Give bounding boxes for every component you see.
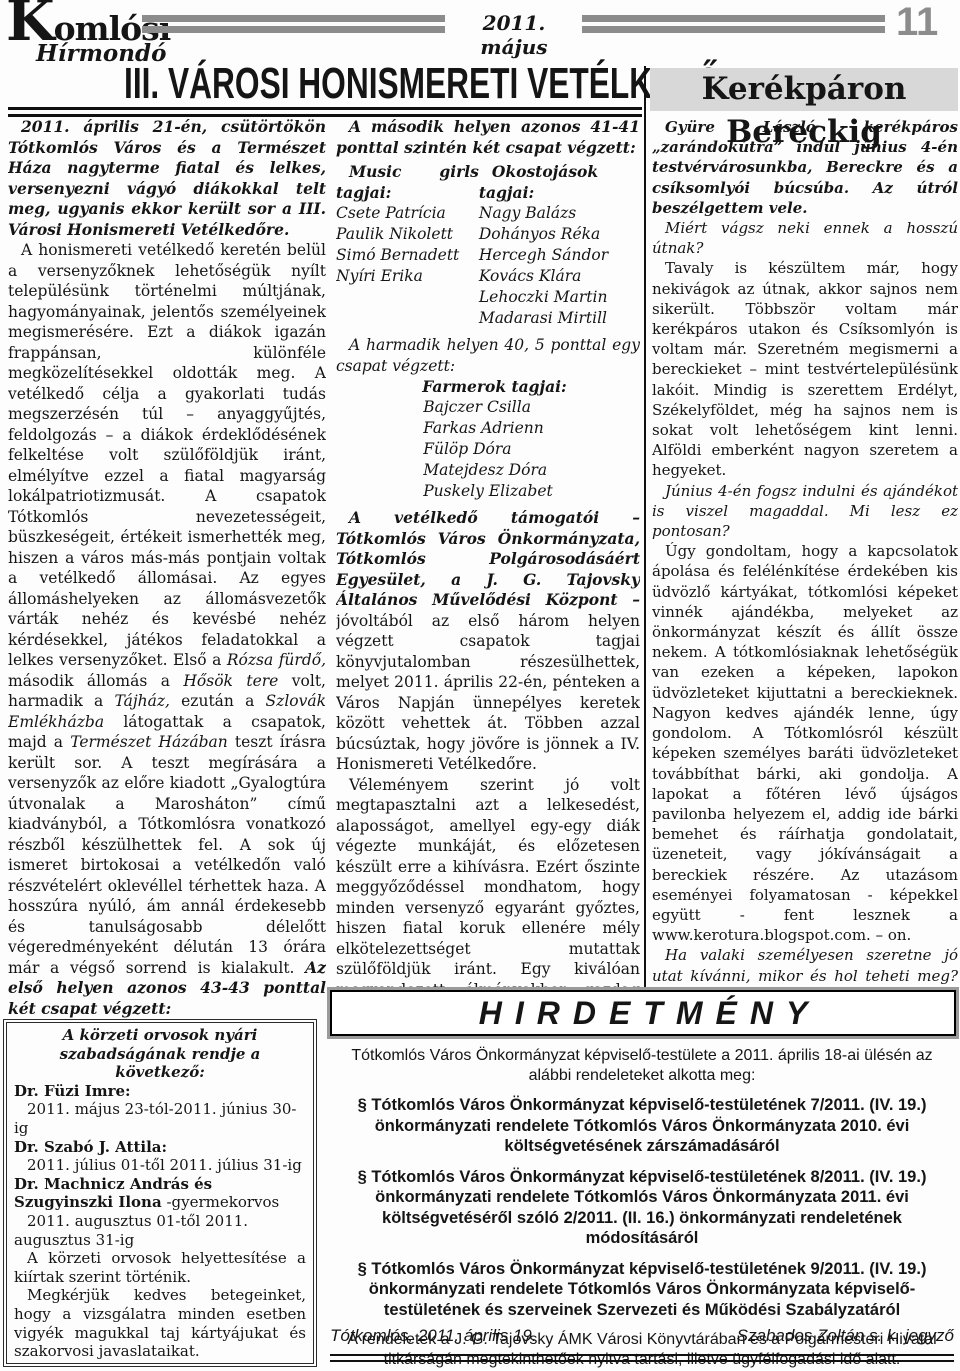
sponsors-paragraph: A vetélkedő támogatói – Tótkomlós Város …	[336, 508, 640, 775]
doctor-vacation-period: 2011. augusztus 01-től 2011. augusztus 3…	[14, 1212, 306, 1249]
announcement-signer: Szabados Zoltán s. k. jegyző	[737, 1326, 954, 1346]
issue-date: 2011. május	[448, 11, 580, 59]
doctor-vacation-period: 2011. május 23-tól-2011. június 30-ig	[14, 1100, 306, 1137]
doctors-note-substitution: A körzeti orvosok helyettesítése a kiírt…	[14, 1249, 306, 1286]
third-place-intro: A harmadik helyen 40, 5 ponttal egy csap…	[336, 335, 640, 376]
header-bar-left-bottom	[142, 26, 445, 33]
main-article-left-column: 2011. április 21-én, csütörtökön Tótkoml…	[8, 117, 326, 1019]
column-divider	[644, 66, 646, 988]
opinion-paragraph: Véleményem szerint jó volt megtapasztaln…	[336, 775, 640, 988]
team-farmerok: Farmerok tagjai: Bajczer CsillaFarkas Ad…	[336, 376, 640, 502]
newspaper-page: { "header": { "logo_line1": "Komlósi", "…	[0, 0, 960, 1371]
main-article-lead: 2011. április 21-én, csütörtökön Tótkoml…	[8, 117, 326, 240]
decree-paragraph: § Tótkomlós Város Önkormányzat képviselő…	[330, 1259, 954, 1321]
bike-answer-2: Úgy gondoltam, hogy a kapcsolatok ápolás…	[652, 541, 958, 945]
bike-question-1: Miért vágsz neki ennek a hosszú útnak?	[652, 218, 958, 258]
team-member: Matejdesz Dóra	[423, 460, 553, 481]
bike-article-title: Kerékpáron Bereckig	[650, 68, 958, 111]
team-member: Lehoczki Martin	[479, 287, 640, 308]
decree-paragraph: § Tótkomlós Város Önkormányzat képviselő…	[330, 1095, 954, 1157]
announcement-date-place: Tótkomlós, 2011. április 19.	[330, 1326, 537, 1346]
team-member: Dohányos Réka	[479, 224, 640, 245]
team-member: Hercegh Sándor	[479, 245, 640, 266]
logo-line1: Komlósi	[6, 6, 170, 44]
announcement-title-box: HIRDETMÉNY	[330, 990, 956, 1036]
header-bar-right-bottom	[582, 26, 885, 33]
main-article-title: III. VÁROSI HONISMERETI VETÉLKEDŐ	[8, 62, 642, 106]
team-member: Csete Patrícia	[336, 203, 479, 224]
doctor-vacation-period: 2011. július 01-től 2011. július 31-ig	[14, 1156, 306, 1175]
team-member: Fülöp Dóra	[423, 439, 553, 460]
title-double-rule	[8, 107, 642, 117]
bike-answer-1: Tavaly is készültem már, hogy nekivágok …	[652, 258, 958, 480]
decree-paragraph: § Tótkomlós Város Önkormányzat képviselő…	[330, 1167, 954, 1249]
team-member: Nagy Balázs	[479, 203, 640, 224]
team-member: Simó Bernadett	[336, 245, 479, 266]
announcement-body: Tótkomlós Város Önkormányzat képviselő-t…	[330, 1046, 954, 1371]
team-member: Paulik Nikolett	[336, 224, 479, 245]
bottom-double-rule	[330, 1354, 954, 1362]
announcement-footer: Tótkomlós, 2011. április 19. Szabados Zo…	[330, 1326, 954, 1346]
announcement-intro: Tótkomlós Város Önkormányzat képviselő-t…	[330, 1046, 954, 1086]
team-member: Madarasi Mirtill	[479, 308, 640, 329]
team-member: Puskely Elizabet	[423, 481, 553, 502]
bike-question-3: Ha valaki személyesen szeretne jó utat k…	[652, 945, 958, 987]
team-member: Nyíri Erika	[336, 266, 479, 287]
team-member: Farkas Adrienn	[423, 418, 553, 439]
second-place-teams: Music girls tagjai: Csete PatríciaPaulik…	[336, 161, 640, 329]
page-number: 11	[896, 2, 938, 42]
bike-article-column: Gyüre László kerékpáros „zarándokútra” i…	[652, 117, 958, 987]
doctors-box-title: A körzeti orvosok nyári szabadságának re…	[14, 1026, 306, 1082]
team-member: Kovács Klára	[479, 266, 640, 287]
header-bar-left-top	[142, 15, 445, 22]
team-title: Farmerok tagjai:	[336, 376, 640, 397]
main-article-middle-column: A második helyen azonos 41-41 ponttal sz…	[336, 117, 640, 987]
doctors-note-documents: Megkérjük kedves betegeinket, hogy a viz…	[14, 1286, 306, 1360]
team-title: Okostojások tagjai:	[479, 161, 640, 203]
announcement-title: HIRDETMÉNY	[466, 995, 821, 1031]
bike-question-2: Június 4-én fogsz indulni és ajándékot i…	[652, 481, 958, 542]
team-member: Bajczer Csilla	[423, 397, 553, 418]
doctor-name: Dr. Füzi Imre:	[14, 1082, 306, 1101]
doctors-vacation-box: A körzeti orvosok nyári szabadságának re…	[6, 1022, 314, 1364]
team-music-girls: Music girls tagjai: Csete PatríciaPaulik…	[336, 161, 479, 329]
team-title: Music girls tagjai:	[336, 161, 479, 203]
header-bar-right-top	[582, 15, 885, 22]
main-article-body: A honismereti vetélkedő keretén belül a …	[8, 240, 326, 1019]
doctor-name: Dr. Szabó J. Attila:	[14, 1138, 306, 1157]
bike-lead: Gyüre László kerékpáros „zarándokútra” i…	[652, 117, 958, 218]
doctor-name: Dr. Machnicz András és Szugyinszki Ilona…	[14, 1175, 306, 1212]
second-place-intro: A második helyen azonos 41-41 ponttal sz…	[336, 117, 640, 158]
team-okostojasok: Okostojások tagjai: Nagy BalázsDohányos …	[479, 161, 640, 329]
